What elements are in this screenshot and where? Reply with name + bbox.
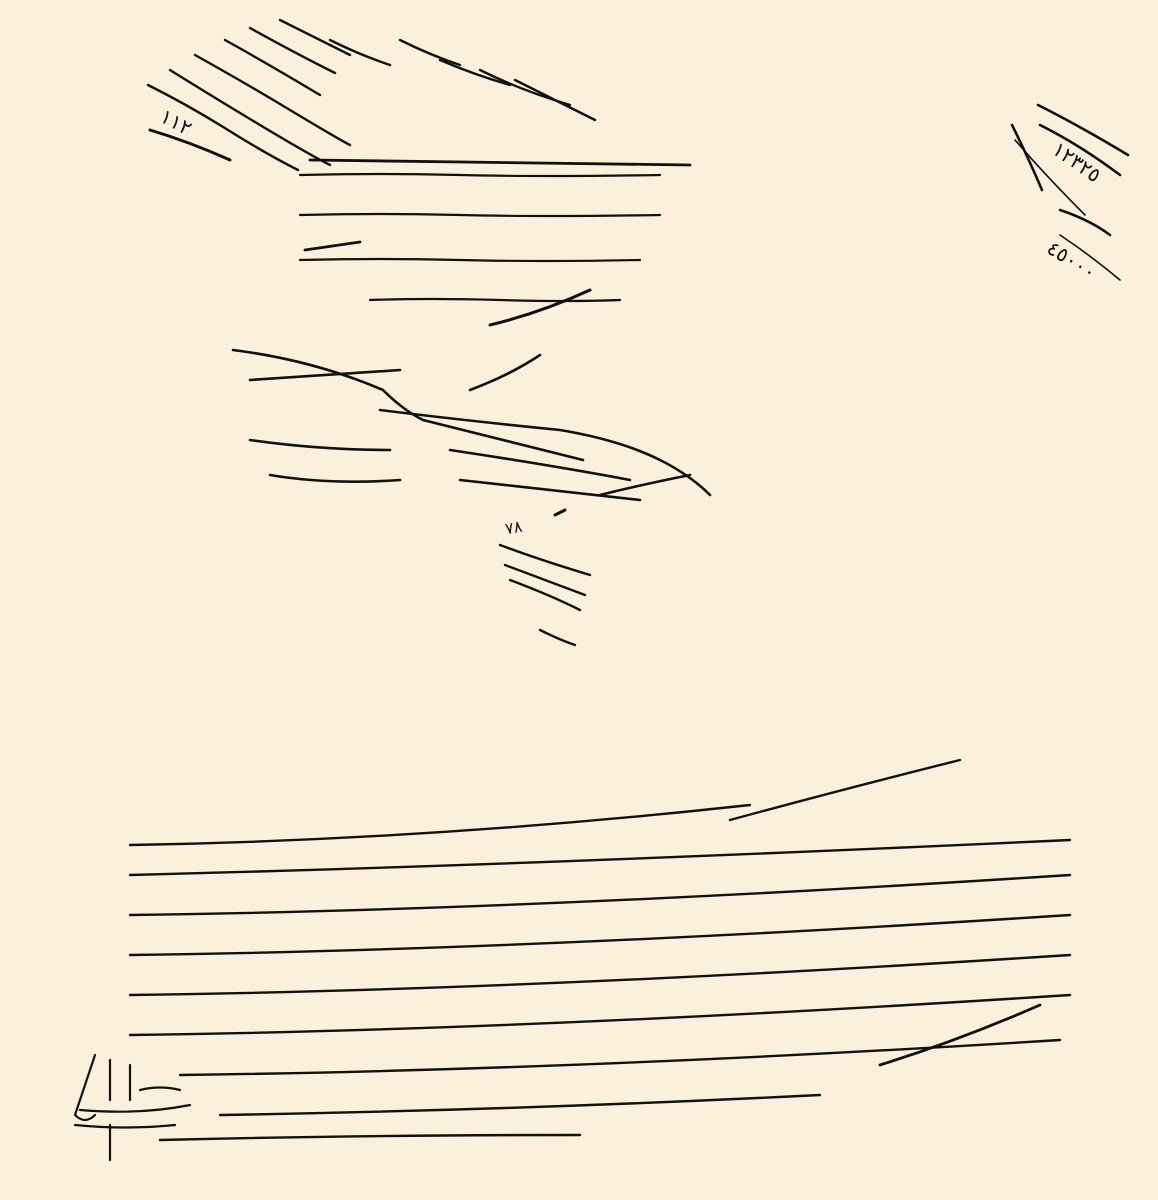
top-left-diagonal-notes xyxy=(148,20,595,170)
seal xyxy=(75,1055,190,1160)
numeral-78: ٧٨ xyxy=(503,517,523,539)
handwriting-ink xyxy=(0,0,1158,1200)
manuscript-page: Ottoman Turkish handwritten manuscript (… xyxy=(0,0,1158,1200)
center-diagonal-block xyxy=(233,350,710,500)
main-body xyxy=(130,760,1070,1140)
center-paragraph-1 xyxy=(300,160,690,325)
